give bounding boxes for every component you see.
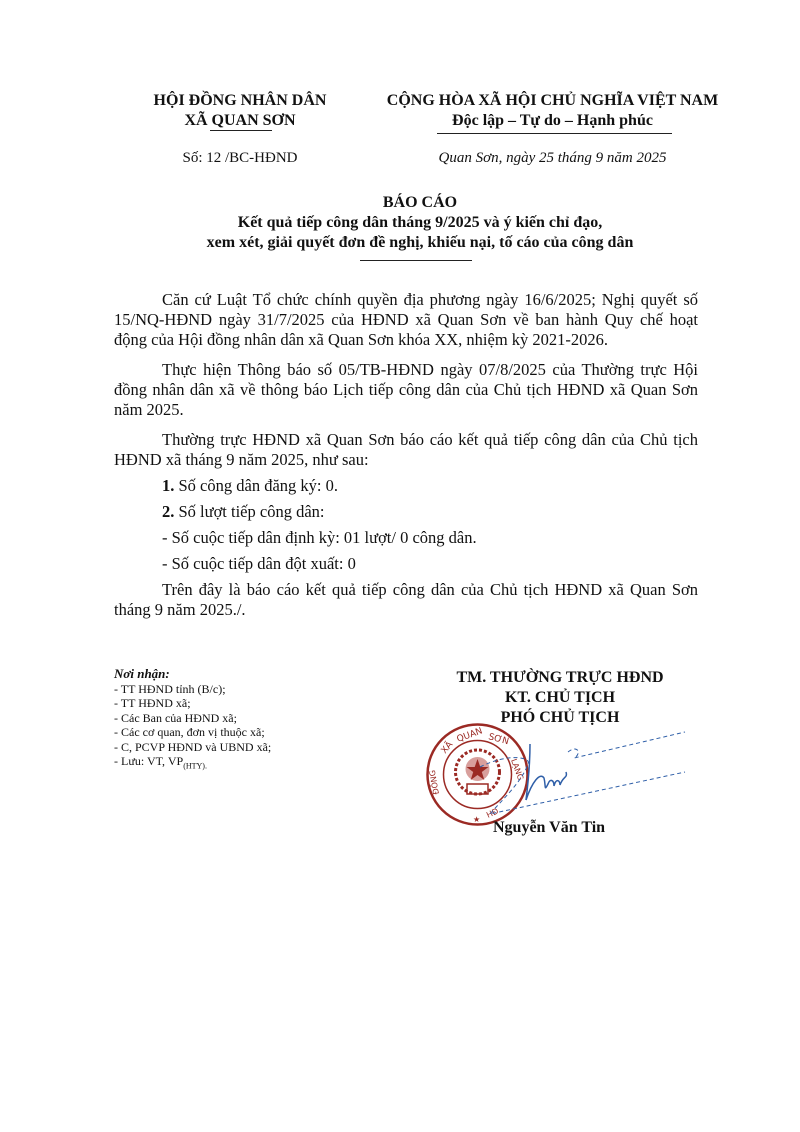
recipient-item: - C, PCVP HĐND và UBND xã; xyxy=(114,740,344,755)
signature-block: TM. THƯỜNG TRỰC HĐND KT. CHỦ TỊCH PHÓ CH… xyxy=(420,668,700,728)
title-underline xyxy=(360,260,472,261)
recipient-item: - TT HĐND tỉnh (B/c); xyxy=(114,682,344,697)
recipient-item: - TT HĐND xã; xyxy=(114,696,344,711)
document-title: BÁO CÁO Kết quả tiếp công dân tháng 9/20… xyxy=(100,193,740,253)
document-date: Quan Sơn, ngày 25 tháng 9 năm 2025 xyxy=(365,150,740,167)
motto-underline xyxy=(437,133,672,134)
title-line-1: Kết quả tiếp công dân tháng 9/2025 và ý … xyxy=(100,213,740,233)
recipient-item: - Lưu: VT, VP(HTY). xyxy=(114,754,344,774)
org-name-line2: XÃ QUAN SƠN xyxy=(130,111,350,131)
country-name: CỘNG HÒA XÃ HỘI CHỦ NGHĨA VIỆT NAM xyxy=(365,91,740,111)
signer-on-behalf: KT. CHỦ TỊCH xyxy=(420,688,700,708)
item-text: Số lượt tiếp công dân: xyxy=(174,502,324,521)
item-number: 2. xyxy=(162,502,174,521)
recipients-list: Nơi nhận: - TT HĐND tỉnh (B/c); - TT HĐN… xyxy=(114,667,344,774)
closing-paragraph: Trên đây là báo cáo kết quả tiếp công dâ… xyxy=(114,580,698,620)
item-text: Số công dân đăng ký: 0. xyxy=(174,476,338,495)
report-intro-paragraph: Thường trực HĐND xã Quan Sơn báo cáo kết… xyxy=(114,430,698,470)
archive-initials: (HTY). xyxy=(183,761,207,770)
signer-authority: TM. THƯỜNG TRỰC HĐND xyxy=(420,668,700,688)
title-line-2: xem xét, giải quyết đơn đề nghị, khiếu n… xyxy=(100,233,740,253)
document-number: Số: 12 /BC-HĐND xyxy=(130,150,350,167)
list-item: 2. Số lượt tiếp công dân: xyxy=(114,502,698,522)
sub-item: - Số cuộc tiếp dân định kỳ: 01 lượt/ 0 c… xyxy=(114,528,698,548)
document-body: Căn cứ Luật Tổ chức chính quyền địa phươ… xyxy=(114,290,698,630)
archive-label: - Lưu: VT, VP xyxy=(114,754,183,768)
list-item: 1. Số công dân đăng ký: 0. xyxy=(114,476,698,496)
recipients-title: Nơi nhận: xyxy=(114,667,344,682)
issuing-organization: HỘI ĐỒNG NHÂN DÂN XÃ QUAN SƠN xyxy=(130,91,350,131)
legal-basis-paragraph: Căn cứ Luật Tổ chức chính quyền địa phươ… xyxy=(114,290,698,350)
recipient-item: - Các cơ quan, đơn vị thuộc xã; xyxy=(114,725,344,740)
org-underline xyxy=(210,130,272,131)
recipient-item: - Các Ban của HĐND xã; xyxy=(114,711,344,726)
national-header: CỘNG HÒA XÃ HỘI CHỦ NGHĨA VIỆT NAM Độc l… xyxy=(365,91,740,131)
implementation-paragraph: Thực hiện Thông báo số 05/TB-HĐND ngày 0… xyxy=(114,360,698,420)
sub-item: - Số cuộc tiếp dân đột xuất: 0 xyxy=(114,554,698,574)
document-type: BÁO CÁO xyxy=(100,193,740,213)
item-number: 1. xyxy=(162,476,174,495)
handwritten-signature-icon xyxy=(470,722,690,822)
national-motto: Độc lập – Tự do – Hạnh phúc xyxy=(365,111,740,131)
org-name-line1: HỘI ĐỒNG NHÂN DÂN xyxy=(130,91,350,111)
signer-name: Nguyễn Văn Tin xyxy=(493,819,605,837)
